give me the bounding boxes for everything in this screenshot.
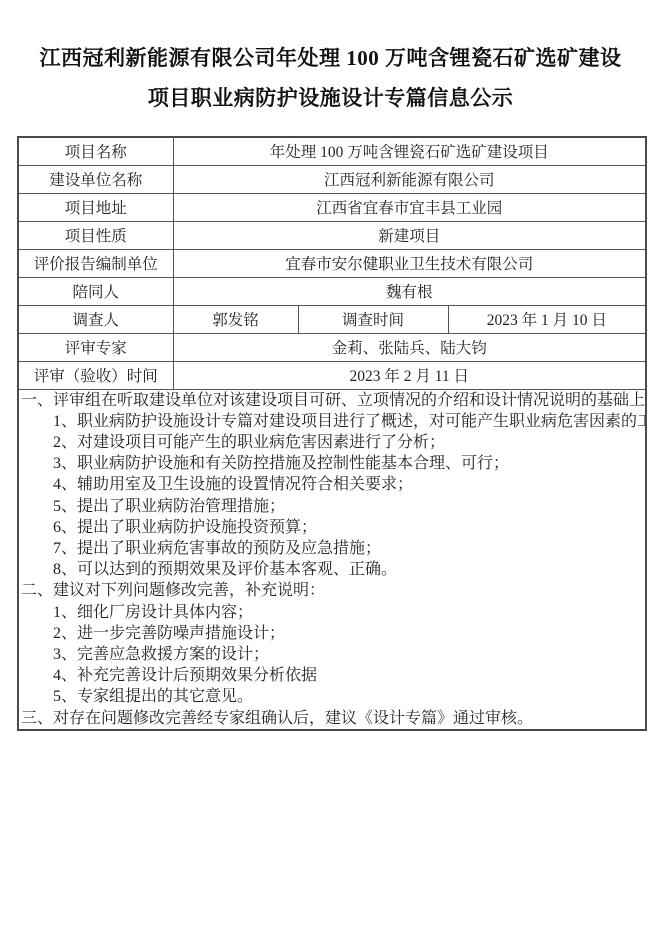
opinion-paragraph: 7、提出了职业病危害事故的预防及应急措施； — [21, 538, 643, 559]
table-row-review-time: 评审（验收）时间 2023 年 2 月 11 日 — [18, 361, 646, 389]
table-row-review-experts: 评审专家 金莉、张陆兵、陆大钧 — [18, 333, 646, 361]
opinion-paragraph: 一、评审组在听取建设单位对该建设项目可研、立项情况的介绍和设计情况说明的基础上，… — [21, 390, 643, 411]
accompanying-person-value: 魏有根 — [173, 277, 646, 305]
opinion-paragraph: 5、提出了职业病防治管理措施； — [21, 496, 643, 517]
table-row-project-nature: 项目性质 新建项目 — [18, 221, 646, 249]
opinion-paragraph: 1、职业病防护设施设计专篇对建设项目进行了概述，对可能产生职业病危害因素的工作场… — [21, 411, 643, 432]
table-row-accompanying-person: 陪同人 魏有根 — [18, 277, 646, 305]
project-nature-label: 项目性质 — [18, 221, 173, 249]
opinion-paragraph: 5、专家组提出的其它意见。 — [21, 686, 643, 707]
opinion-paragraph: 三、对存在问题修改完善经专家组确认后，建议《设计专篇》通过审核。 — [21, 708, 643, 729]
accompanying-person-label: 陪同人 — [18, 277, 173, 305]
table-row-project-address: 项目地址 江西省宜春市宜丰县工业园 — [18, 193, 646, 221]
investigator-name: 郭发铭 — [173, 305, 298, 333]
opinion-paragraph: 1、细化厂房设计具体内容； — [21, 602, 643, 623]
review-time-label: 评审（验收）时间 — [18, 361, 173, 389]
opinion-paragraph: 3、职业病防护设施和有关防控措施及控制性能基本合理、可行； — [21, 453, 643, 474]
opinion-paragraph: 2、进一步完善防噪声措施设计； — [21, 623, 643, 644]
title-line-1: 江西冠利新能源有限公司年处理 100 万吨含锂瓷石矿选矿建设 — [0, 38, 661, 78]
investigation-time-label: 调查时间 — [298, 305, 448, 333]
table-row-construction-unit: 建设单位名称 江西冠利新能源有限公司 — [18, 165, 646, 193]
project-address-value: 江西省宜春市宜丰县工业园 — [173, 193, 646, 221]
title-line-2: 项目职业病防护设施设计专篇信息公示 — [0, 78, 661, 118]
report-unit-label: 评价报告编制单位 — [18, 249, 173, 277]
investigator-label: 调查人 — [18, 305, 173, 333]
project-name-label: 项目名称 — [18, 137, 173, 165]
table-row-project-name: 项目名称 年处理 100 万吨含锂瓷石矿选矿建设项目 — [18, 137, 646, 165]
opinion-paragraph: 3、完善应急救援方案的设计； — [21, 644, 643, 665]
document-title: 江西冠利新能源有限公司年处理 100 万吨含锂瓷石矿选矿建设 项目职业病防护设施… — [0, 38, 661, 118]
opinion-paragraph: 8、可以达到的预期效果及评价基本客观、正确。 — [21, 559, 643, 580]
opinion-paragraph: 2、对建设项目可能产生的职业病危害因素进行了分析； — [21, 432, 643, 453]
construction-unit-label: 建设单位名称 — [18, 165, 173, 193]
review-time-value: 2023 年 2 月 11 日 — [173, 361, 646, 389]
review-experts-value: 金莉、张陆兵、陆大钧 — [173, 333, 646, 361]
opinion-paragraph: 4、辅助用室及卫生设施的设置情况符合相关要求； — [21, 474, 643, 495]
report-unit-value: 宜春市安尔健职业卫生技术有限公司 — [173, 249, 646, 277]
opinion-paragraph: 6、提出了职业病防护设施投资预算； — [21, 517, 643, 538]
project-address-label: 项目地址 — [18, 193, 173, 221]
table-row-investigator: 调查人 郭发铭 调查时间 2023 年 1 月 10 日 — [18, 305, 646, 333]
project-nature-value: 新建项目 — [173, 221, 646, 249]
project-name-value: 年处理 100 万吨含锂瓷石矿选矿建设项目 — [173, 137, 646, 165]
opinion-paragraph: 二、建议对下列问题修改完善，补充说明： — [21, 580, 643, 601]
review-opinions-cell: 一、评审组在听取建设单位对该建设项目可研、立项情况的介绍和设计情况说明的基础上，… — [18, 389, 646, 730]
opinion-paragraph: 4、补充完善设计后预期效果分析依据 — [21, 665, 643, 686]
construction-unit-value: 江西冠利新能源有限公司 — [173, 165, 646, 193]
table-row-report-unit: 评价报告编制单位 宜春市安尔健职业卫生技术有限公司 — [18, 249, 646, 277]
table-row-opinions: 一、评审组在听取建设单位对该建设项目可研、立项情况的介绍和设计情况说明的基础上，… — [18, 389, 646, 730]
review-experts-label: 评审专家 — [18, 333, 173, 361]
document-page: 江西冠利新能源有限公司年处理 100 万吨含锂瓷石矿选矿建设 项目职业病防护设施… — [0, 0, 661, 934]
investigation-time-value: 2023 年 1 月 10 日 — [448, 305, 646, 333]
project-info-table: 项目名称 年处理 100 万吨含锂瓷石矿选矿建设项目 建设单位名称 江西冠利新能… — [17, 136, 647, 731]
